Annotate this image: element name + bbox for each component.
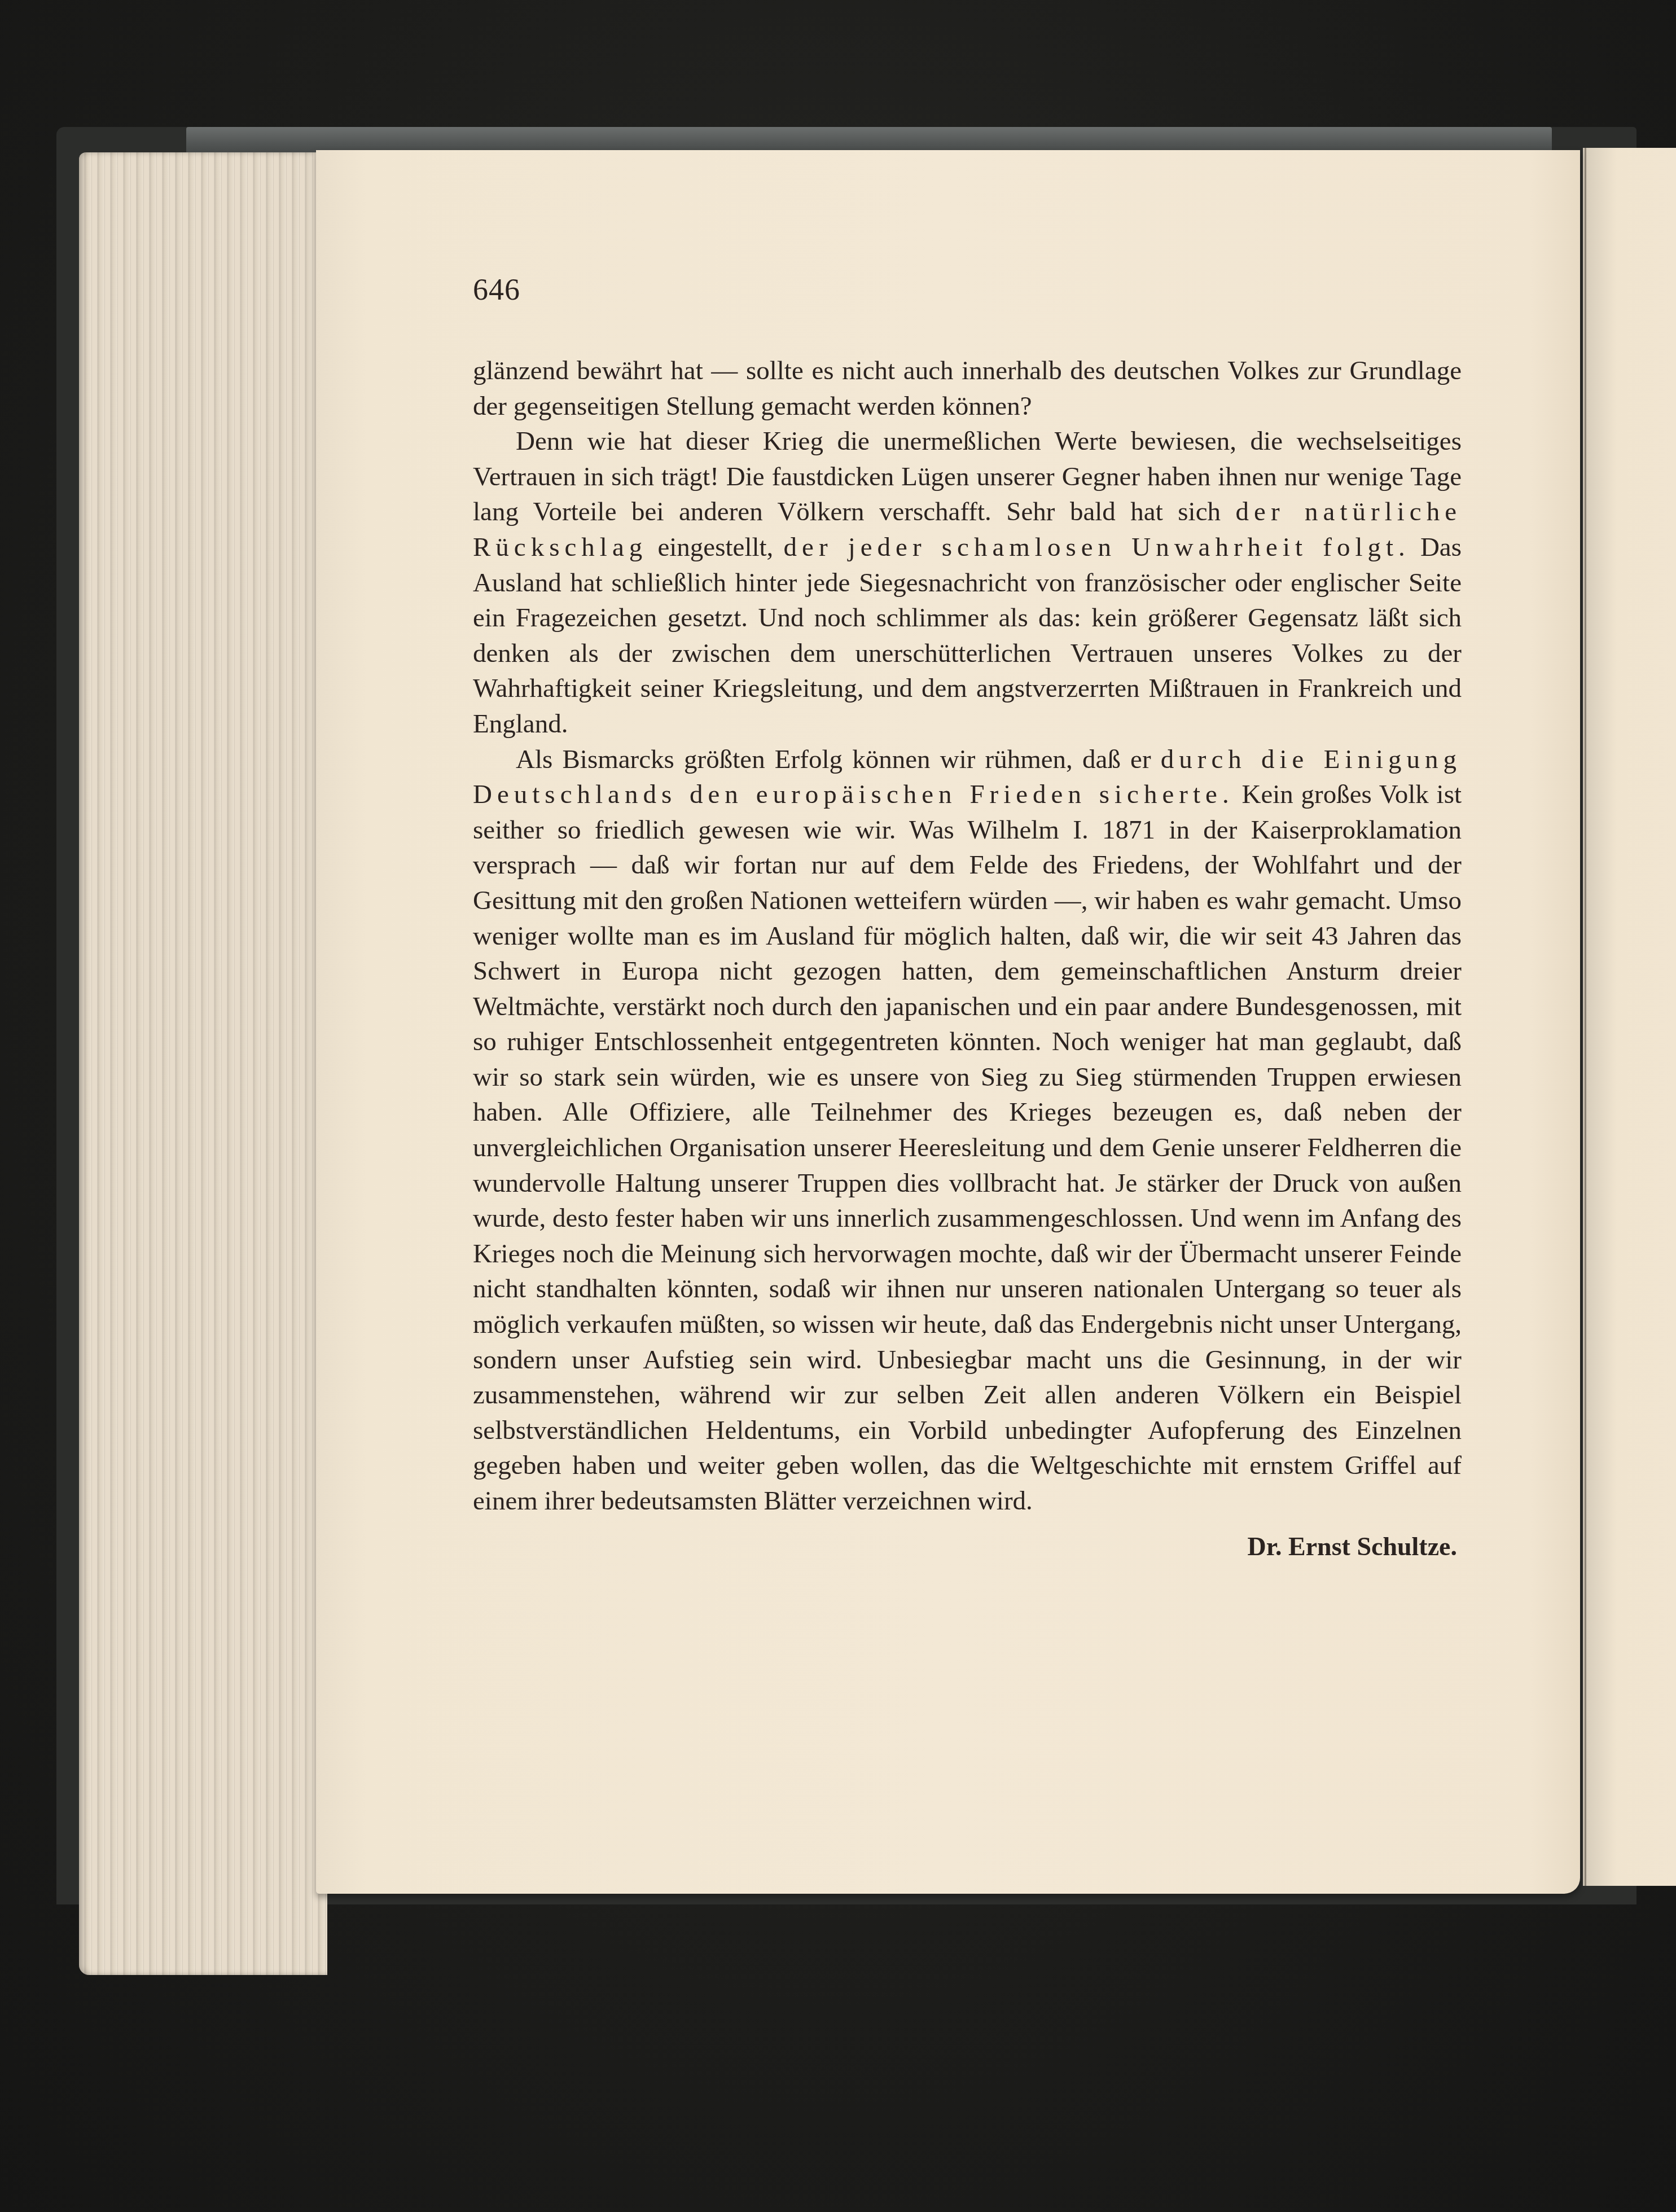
gutter-line [1585, 148, 1586, 1886]
emphasized-spaced-text: der jeder schamlosen Unwahrheit folgt. [784, 533, 1410, 562]
paragraph-text: glänzend bewährt hat — sollte es nicht a… [473, 356, 1462, 421]
paragraph-text: Als Bismarcks größten Erfolg können wir … [516, 745, 1161, 774]
paragraph-text: Das Ausland hat schließlich hinter jede … [473, 533, 1462, 739]
page-number: 646 [473, 274, 1462, 305]
paragraph-3: Als Bismarcks größten Erfolg können wir … [473, 742, 1462, 1519]
page-stack-edges [79, 152, 327, 1975]
paragraph-text: eingestellt, [647, 533, 783, 562]
paragraph-1: glänzend bewährt hat — sollte es nicht a… [473, 353, 1462, 424]
paragraph-text: Kein großes Volk ist seither so friedlic… [473, 780, 1462, 1516]
author-signature: Dr. Ernst Schultze. [473, 1531, 1462, 1561]
facing-page-edge [1583, 148, 1676, 1886]
page-content: 646 glänzend bewährt hat — sollte es nic… [473, 274, 1462, 1561]
paragraph-2: Denn wie hat dieser Krieg die unermeßlic… [473, 424, 1462, 741]
